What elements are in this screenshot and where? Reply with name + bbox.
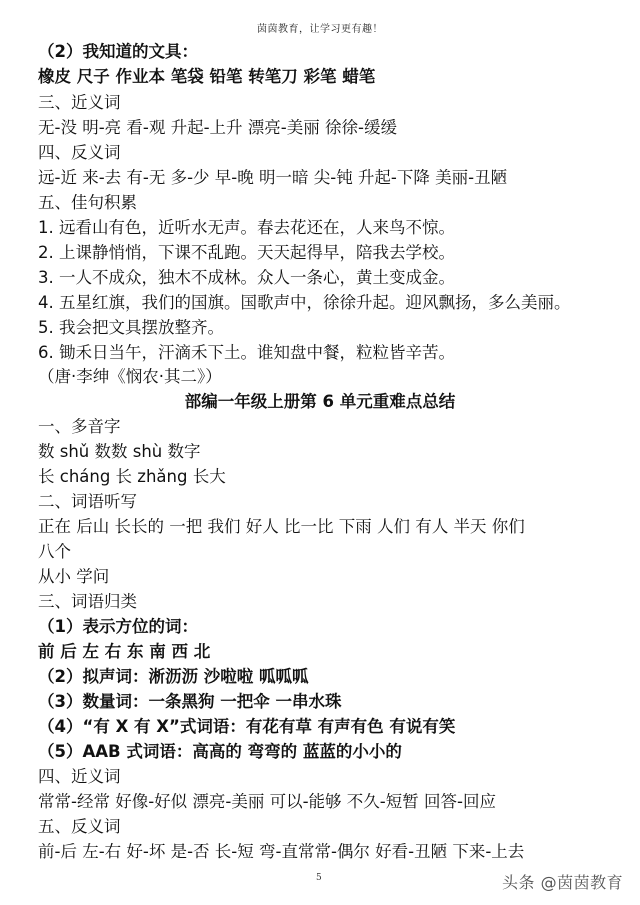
classification-heading: 三、词语归类 — [38, 591, 137, 613]
unit-title: 部编一年级上册第 6 单元重难点总结 — [0, 391, 640, 413]
sentence-item: 2. 上课静悄悄，下课不乱跑。天天起得早，陪我去学校。 — [38, 242, 455, 264]
antonyms-heading-2: 五、反义词 — [38, 816, 121, 838]
classification-item: 前 后 左 右 东 南 西 北 — [38, 641, 210, 663]
antonyms-heading: 四、反义词 — [38, 142, 121, 164]
classification-item: （2）拟声词：淅沥沥 沙啦啦 呱呱呱 — [38, 666, 308, 688]
antonyms-list-2: 前-后 左-右 好-坏 是-否 长-短 弯-直常常-偶尔 好看-丑陋 下来-上去 — [38, 841, 524, 863]
sentence-item: 1. 远看山有色，近听水无声。春去花还在，人来鸟不惊。 — [38, 217, 455, 239]
dictation-line: 八个 — [38, 541, 71, 563]
synonyms-list: 无-没 明-亮 看-观 升起-上升 漂亮-美丽 徐徐-缓缓 — [38, 117, 397, 139]
dictation-line: 正在 后山 长长的 一把 我们 好人 比一比 下雨 人们 有人 半天 你们 — [38, 516, 525, 538]
polyphone-heading: 一、多音字 — [38, 416, 121, 438]
classification-item: （1）表示方位的词： — [38, 616, 198, 638]
stationery-items: 橡皮 尺子 作业本 笔袋 铅笔 转笔刀 彩笔 蜡笔 — [38, 66, 375, 88]
antonyms-list: 远-近 来-去 有-无 多-少 早-晚 明一暗 尖-钝 升起-下降 美丽-丑陋 — [38, 167, 507, 189]
synonyms-heading-2: 四、近义词 — [38, 766, 121, 788]
classification-item: （4）“有 X 有 X”式词语：有花有草 有声有色 有说有笑 — [38, 716, 455, 738]
watermark: 头条 @茵茵教育 — [502, 870, 623, 893]
classification-item: （5）AAB 式词语：高高的 弯弯的 蓝蓝的小小的 — [38, 741, 402, 763]
poem-source: （唐·李绅《悯农·其二》） — [38, 366, 222, 388]
synonyms-list-2: 常常-经常 好像-好似 漂亮-美丽 可以-能够 不久-短暂 回答-回应 — [38, 791, 496, 813]
dictation-heading: 二、词语听写 — [38, 491, 137, 513]
polyphone-item: 长 cháng 长 zhǎng 长大 — [38, 466, 226, 488]
sentence-item: 4. 五星红旗，我们的国旗。国歌声中，徐徐升起。迎风飘扬，多么美丽。 — [38, 292, 571, 314]
stationery-label: （2）我知道的文具： — [38, 41, 198, 63]
page-number: 5 — [316, 873, 322, 883]
sentences-heading: 五、佳句积累 — [38, 192, 137, 214]
sentence-item: 3. 一人不成众，独木不成林。众人一条心，黄土变成金。 — [38, 267, 455, 289]
sentence-item: 6. 锄禾日当午，汗滴禾下土。谁知盘中餐，粒粒皆辛苦。 — [38, 342, 455, 364]
dictation-line: 从小 学问 — [38, 566, 109, 588]
polyphone-item: 数 shǔ 数数 shù 数字 — [38, 441, 201, 463]
classification-item: （3）数量词：一条黑狗 一把伞 一串水珠 — [38, 691, 341, 713]
sentence-item: 5. 我会把文具摆放整齐。 — [38, 317, 224, 339]
page-header: 茵茵教育，让学习更有趣！ — [0, 20, 640, 35]
synonyms-heading: 三、近义词 — [38, 92, 121, 114]
